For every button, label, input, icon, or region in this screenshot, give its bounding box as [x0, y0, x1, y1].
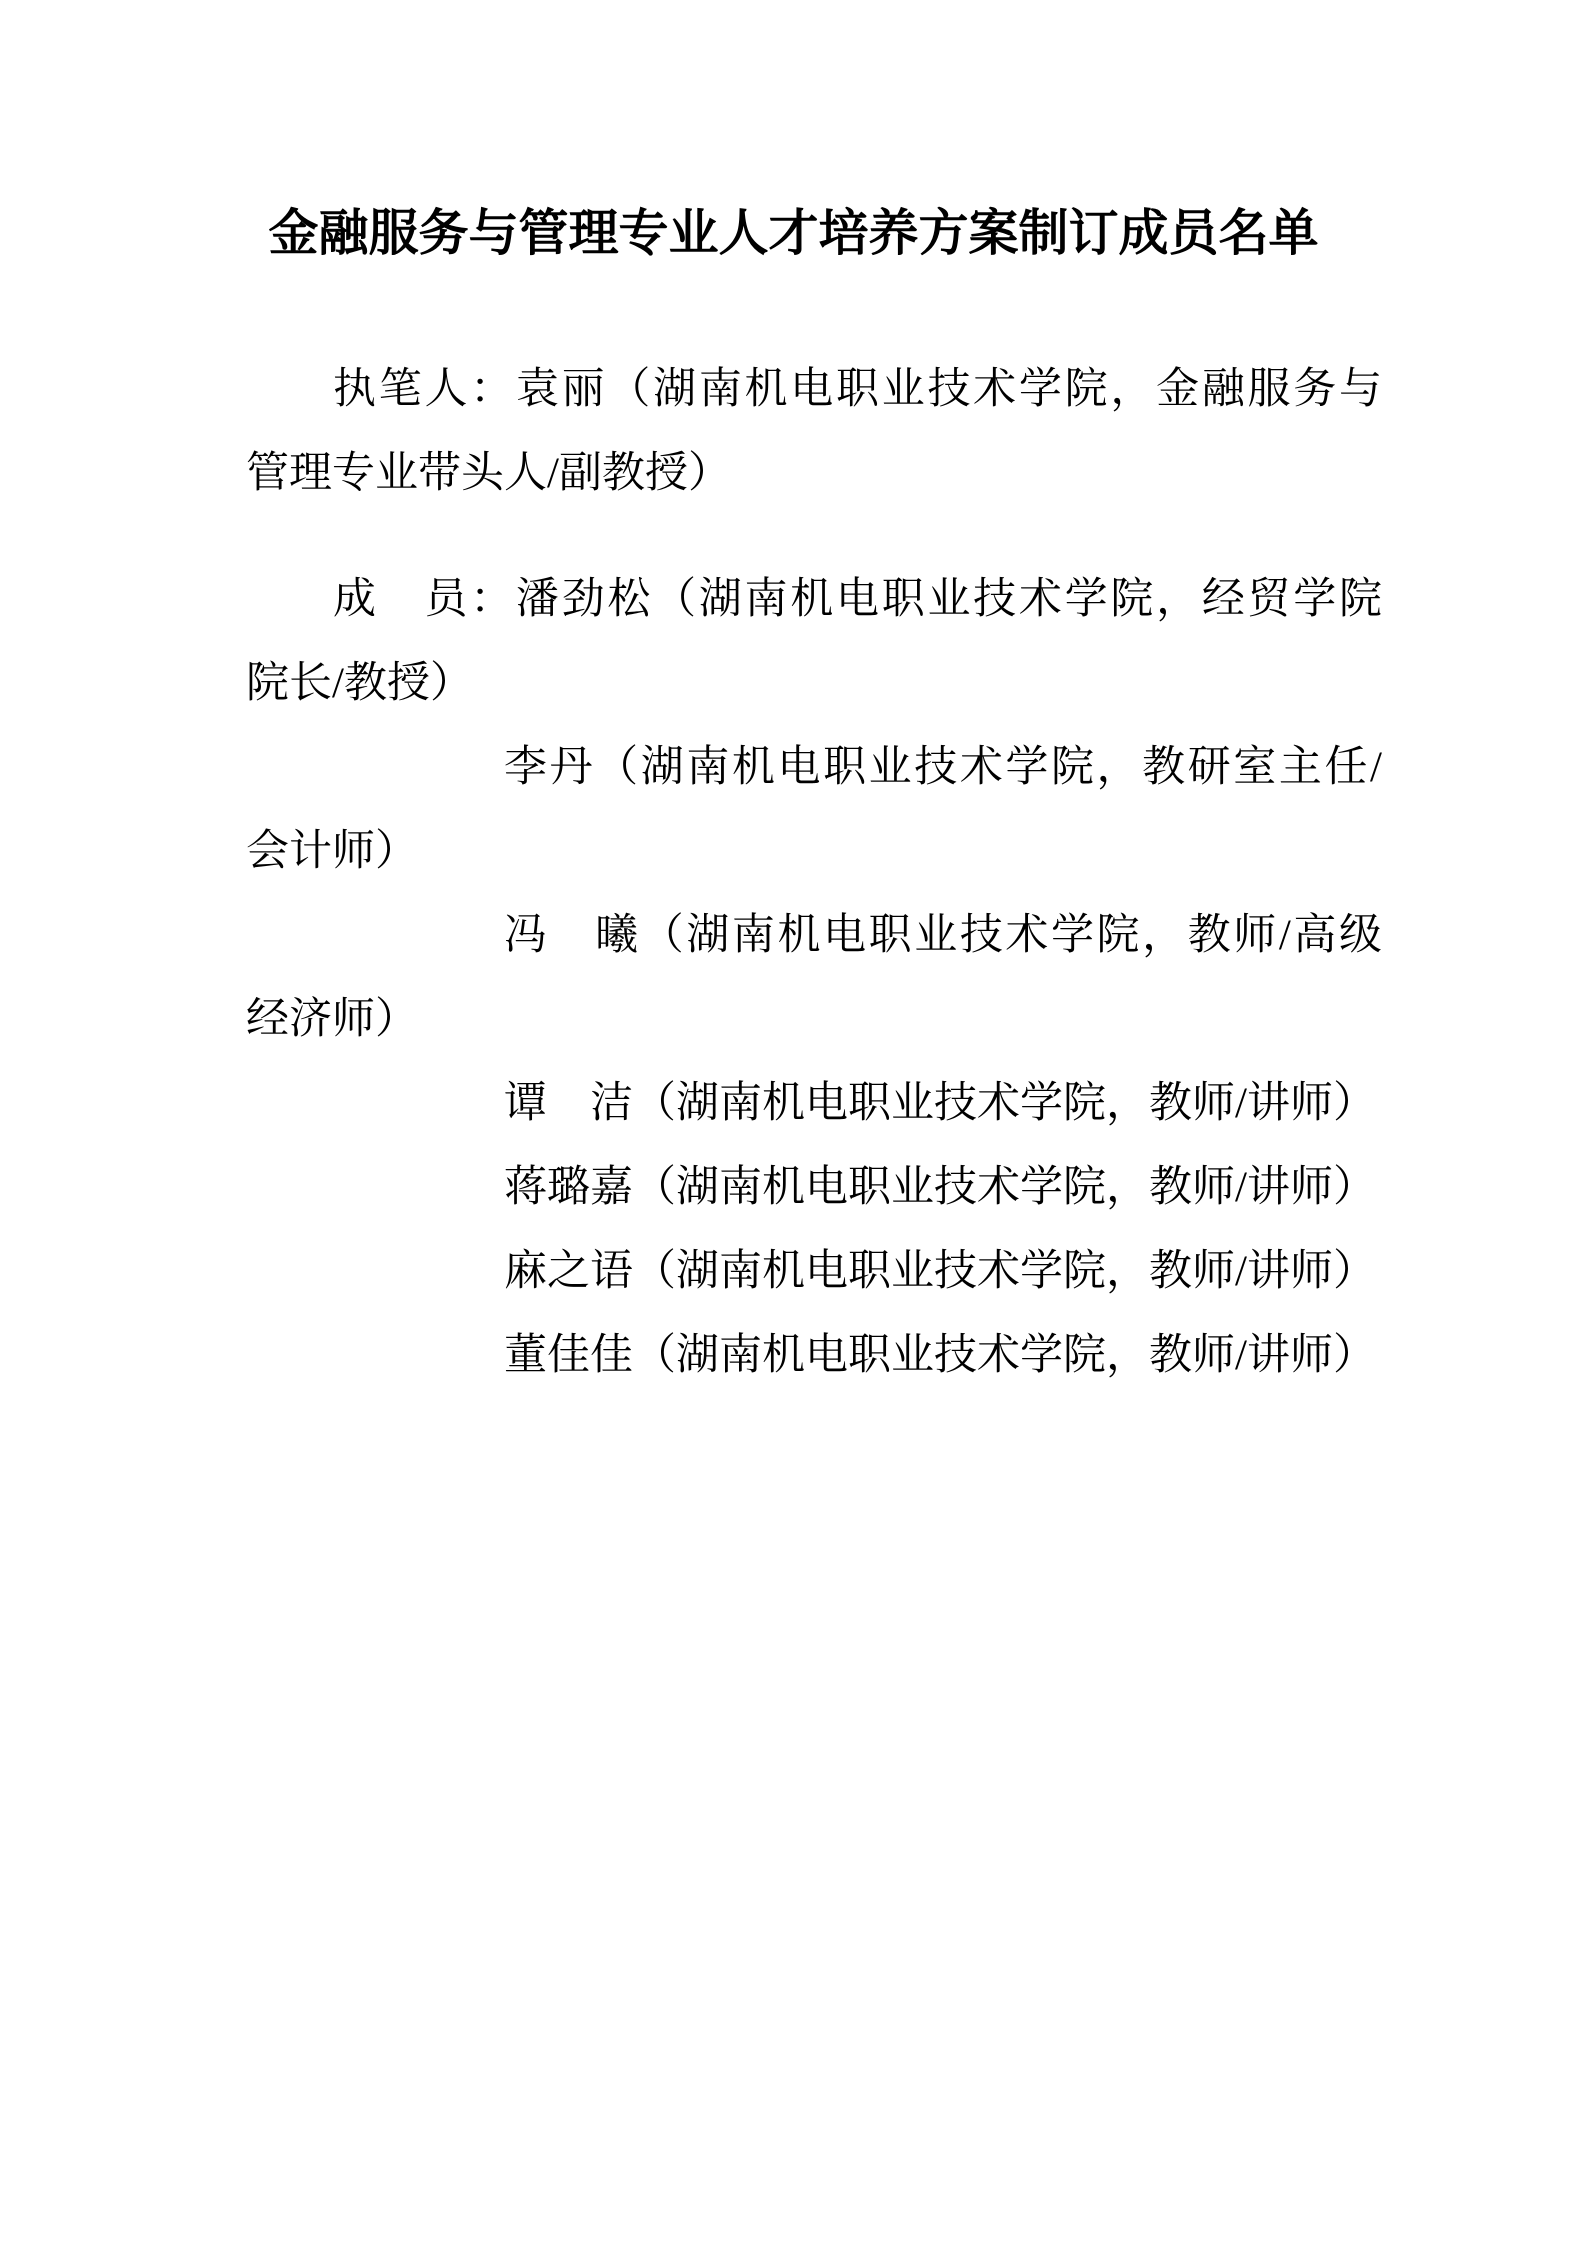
document-line-member-entry-7-0: 董佳佳（湖南机电职业技术学院，教师/讲师） [246, 1314, 1382, 1398]
document-line-member-entry-1-0: 成 员：潘劲松（湖南机电职业技术学院，经贸学院 [246, 558, 1382, 642]
document-line-member-entry-4-0: 谭 洁（湖南机电职业技术学院，教师/讲师） [246, 1062, 1382, 1146]
document-title: 金融服务与管理专业人才培养方案制订成员名单 [0, 0, 1587, 270]
document-line-member-entry-2-1: 会计师） [246, 810, 1382, 894]
document-page: 金融服务与管理专业人才培养方案制订成员名单 执笔人：袁丽（湖南机电职业技术学院，… [0, 0, 1587, 2245]
document-body: 执笔人：袁丽（湖南机电职业技术学院，金融服务与管理专业带头人/副教授）成 员：潘… [0, 348, 1587, 1398]
document-line-member-entry-1-1: 院长/教授） [246, 642, 1382, 726]
document-line-member-entry-2-0: 李丹（湖南机电职业技术学院，教研室主任/ [246, 726, 1382, 810]
document-line-member-entry-3-1: 经济师） [246, 978, 1382, 1062]
document-line-member-entry-3-0: 冯 曦（湖南机电职业技术学院，教师/高级 [246, 894, 1382, 978]
document-line-author-entry-0-1: 管理专业带头人/副教授） [246, 432, 1382, 516]
document-line-member-entry-5-0: 蒋璐嘉（湖南机电职业技术学院，教师/讲师） [246, 1146, 1382, 1230]
document-line-author-entry-0-0: 执笔人：袁丽（湖南机电职业技术学院，金融服务与 [246, 348, 1382, 432]
document-line-member-entry-6-0: 麻之语（湖南机电职业技术学院，教师/讲师） [246, 1230, 1382, 1314]
